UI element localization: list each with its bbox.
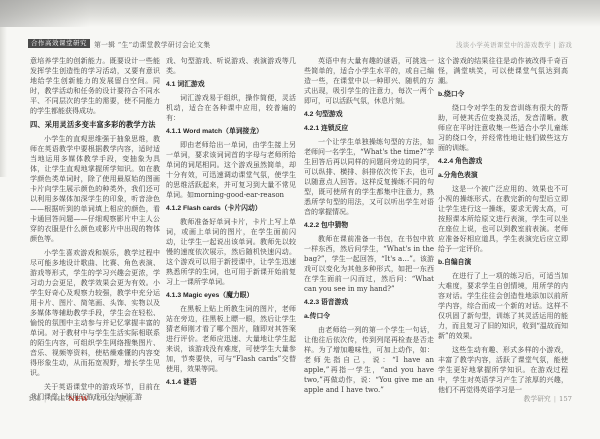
paragraph: 绕口令对学生的发音训练有很大的帮助，可使其舌位变换灵活，发音清晰。教师应在平时注…	[438, 103, 568, 153]
subsection-heading: 4.1.1 Word match（单词接龙）	[166, 127, 296, 137]
subsection-heading: a.传口令	[304, 312, 434, 322]
subsection-heading: a.分角色表演	[438, 171, 568, 181]
brand-accent: NEW	[68, 395, 88, 403]
subsection-heading: b.绕口令	[438, 90, 568, 100]
text-column-2: 戏、句型游戏、听说游戏、表演游戏等几类。4.1 词汇游戏词汇游戏易于组织，操作简…	[166, 56, 296, 404]
paragraph: 意培养学生的创新能力。既要设计一些能发挥学生创造性的学习活动，又要有意识地给学生…	[30, 56, 160, 116]
folio-left: 156|THE NEW VOICE 教育	[28, 393, 133, 403]
section-heading: 四、采用灵活多变丰富多彩的教学方法	[30, 120, 160, 130]
subsection-heading: 4.2.3 语音游戏	[304, 298, 434, 308]
paragraph: 词汇游戏易于组织，操作简便，灵活机动，适合在各种课中应用，较普遍的有：	[166, 93, 296, 123]
folio-separator: |	[554, 395, 556, 403]
paragraph: 这个游戏的结果往往是动作被改得千奇百怪，满堂哄笑，可以使课堂气氛达到高潮。	[438, 56, 568, 86]
subsection-heading: 4.1 词汇游戏	[166, 80, 296, 90]
paragraph: 这些生动有趣、形式多样的小游戏，丰富了教学内容，活跃了课堂气氛，能使学生更好地掌…	[438, 345, 568, 395]
journal-brand: THE NEW VOICE 教育	[49, 395, 133, 403]
subsection-heading: 4.1.3 Magic eyes（魔力眼）	[166, 291, 296, 301]
running-head-left: 合作高效课堂研究 第一辑 “生”动课堂教学研讨会论文集	[28, 38, 210, 49]
text-column-3: 英语中有大量有趣的谜语，可挑选一些简单的，适合小学生水平的，或自己编造一些，在课…	[304, 56, 434, 404]
paragraph: 英语中有大量有趣的谜语，可挑选一些简单的，适合小学生水平的，或自己编造一些，在课…	[304, 56, 434, 106]
folio-right: 教学研究|157	[524, 393, 572, 403]
scan-left-edge	[0, 27, 7, 177]
subsection-heading: 4.2.2 包中猜物	[304, 221, 434, 231]
scanner-edge	[0, 0, 600, 27]
paragraph: 小学生喜欢游戏和娱乐，教学过程中尽可能多地设计歌曲、比赛、角色表演、游戏等形式，…	[30, 248, 160, 378]
paragraph: 戏、句型游戏、听说游戏、表演游戏等几类。	[166, 56, 296, 76]
page-number-left: 156	[28, 395, 41, 403]
brand-post: VOICE 教育	[89, 395, 134, 403]
paragraph: 即由老师给出一单词，由学生接上另一单词，要求该词词首的字母与老师所给单词的词尾相…	[166, 140, 296, 200]
page-number-right: 157	[559, 395, 572, 403]
subsection-heading: 4.2.1 连锁反应	[304, 124, 434, 134]
paragraph: 教师在课前准备一书包，在书包中放一样东西，然后问学生，“What's in th…	[304, 234, 434, 294]
book-title: 第一辑 “生”动课堂教学研讨会论文集	[94, 39, 210, 49]
subsection-heading: 4.2 句型游戏	[304, 110, 434, 120]
paragraph: 这是一个被广泛应用的、效果也不可小视的操练形式。在教完新的句型后立即让学生进行这…	[438, 184, 568, 254]
subsection-heading: b.自编自演	[438, 258, 568, 268]
section-name: 教学研究	[524, 395, 551, 403]
paragraph: 小学生的直观思维强于抽象思维，教师在英语教学中要根据教学内容，适时适当地运用多媒…	[30, 134, 160, 244]
running-head-right: 浅谈小学英语课堂中的游戏教学 | 游戏	[456, 40, 572, 49]
subsection-heading: 4.2.4 角色游戏	[438, 157, 568, 167]
paragraph: 在进行了上一项的练习后，可适当加大难度，要求学生自创情境，用所学的内容对话。学生…	[438, 271, 568, 341]
folio-separator: |	[44, 395, 46, 403]
paragraph: 在黑板上贴上所教生词的图片，老师站在旁边，往黑板上瞟一眼，然后让学生猜老师刚才看…	[166, 304, 296, 374]
text-column-1: 意培养学生的创新能力。既要设计一些能发挥学生创造性的学习活动，又要有意识地给学生…	[30, 56, 160, 404]
subsection-heading: 4.1.4 谜语	[166, 378, 296, 388]
subsection-heading: 4.1.2 Flash cards（卡片闪动）	[166, 204, 296, 214]
paragraph: 由老师给一列的第一个学生一句话，让他往后依次传，传到列尾再检查是否走样。为了增加…	[304, 325, 434, 395]
series-badge: 合作高效课堂研究	[28, 39, 90, 48]
paragraph: 一个让学生单独操练句型的方法，如老师问一名学生，“What's the time…	[304, 137, 434, 217]
paragraph: 教师准备好单词卡片，卡片上写上单词，或画上单词的图片，在学生面前闪动，让学生一起…	[166, 217, 296, 287]
brand-pre: THE	[49, 395, 68, 403]
text-column-4: 这个游戏的结果往往是动作被改得千奇百怪，满堂哄笑，可以使课堂气氛达到高潮。b.绕…	[438, 56, 568, 404]
